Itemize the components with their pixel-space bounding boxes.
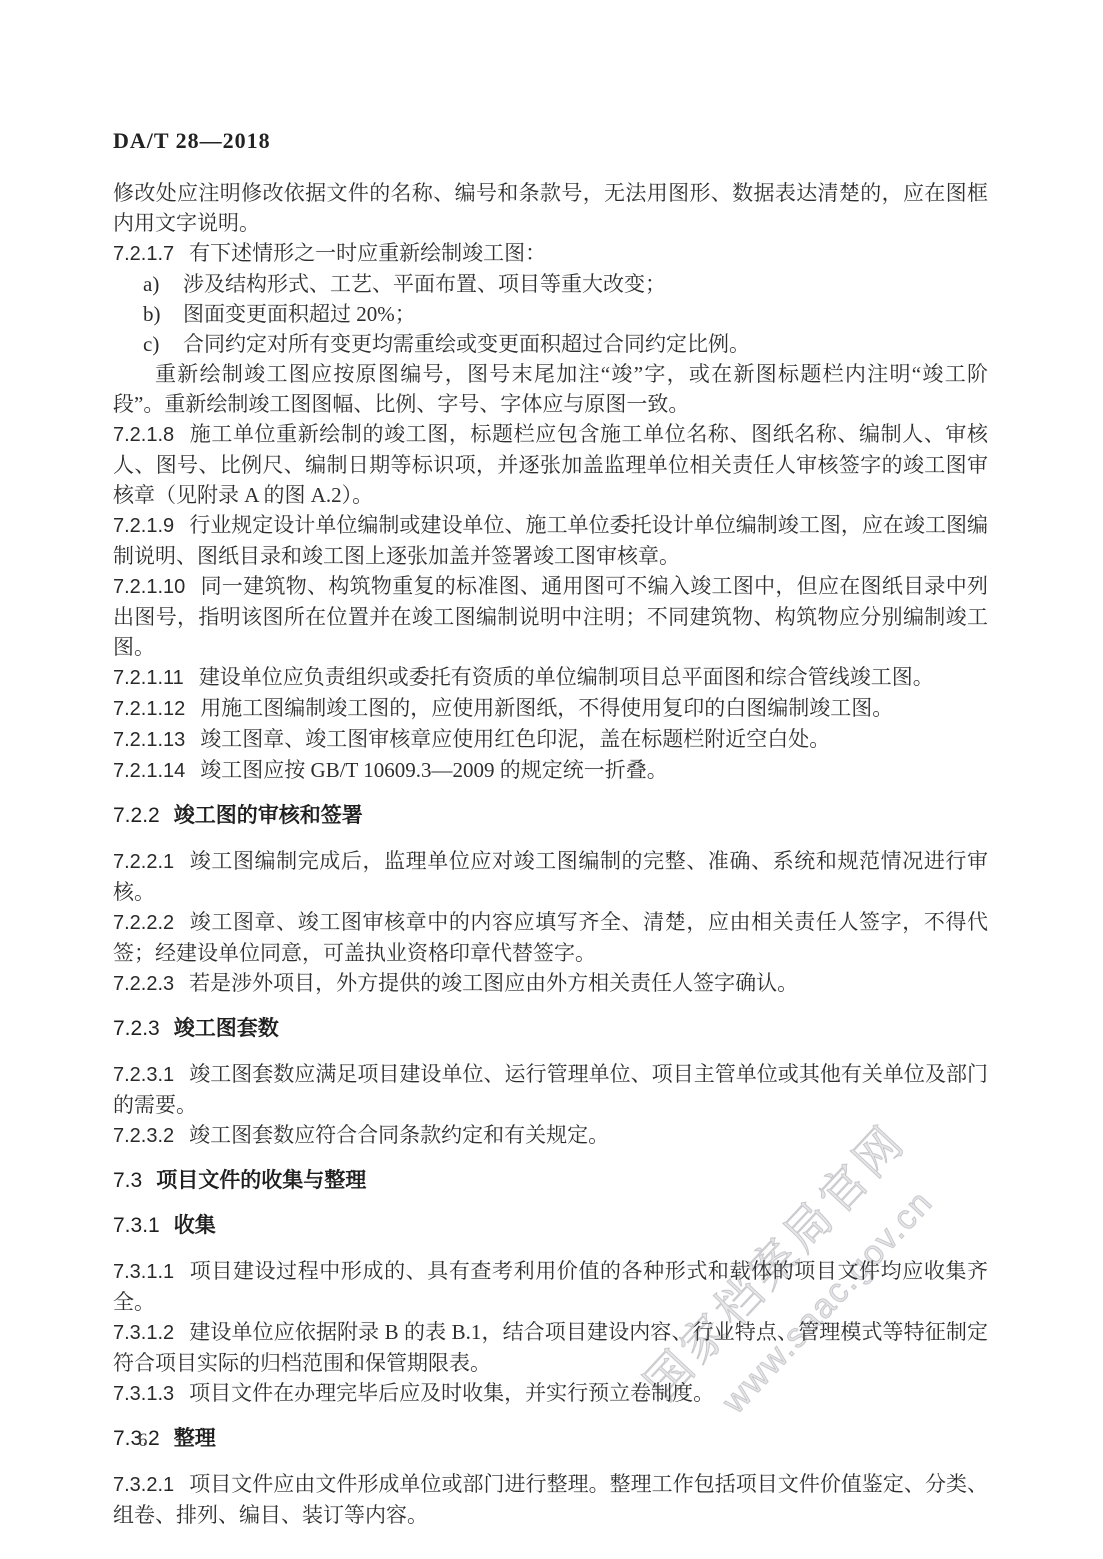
list-item-c: c)合同约定对所有变更均需重绘或变更面积超过合同约定比例。 — [113, 329, 988, 359]
heading-number: 7.2.2 — [113, 804, 160, 827]
clause-text: 项目文件在办理完毕后应及时收集，并实行预立卷制度。 — [189, 1381, 714, 1405]
section-heading-7-3-1: 7.3.1收集 — [113, 1211, 988, 1241]
page-content: DA/T 28—2018 修改处应注明修改依据文件的名称、编号和条款号，无法用图… — [0, 0, 1103, 1530]
clause-7-2-1-9: 7.2.1.9行业规定设计单位编制或建设单位、施工单位委托设计单位编制竣工图，应… — [113, 510, 988, 571]
clause-text: 竣工图套数应符合合同条款约定和有关规定。 — [189, 1123, 609, 1147]
clause-text: 若是涉外项目，外方提供的竣工图应由外方相关责任人签字确认。 — [189, 971, 798, 995]
heading-number: 7.3.1 — [113, 1214, 160, 1237]
clause-number: 7.2.1.13 — [113, 729, 185, 751]
heading-number: 7.3 — [113, 1169, 142, 1192]
list-text: 涉及结构形式、工艺、平面布置、项目等重大改变； — [183, 272, 666, 296]
clause-number: 7.2.2.1 — [113, 851, 174, 873]
clause-7-3-2-1: 7.3.2.1项目文件应由文件形成单位或部门进行整理。整理工作包括项目文件价值鉴… — [113, 1469, 988, 1530]
document-page: 国家档案局官网 www.saac.gov.cn DA/T 28—2018 修改处… — [0, 0, 1103, 1559]
clause-number: 7.2.3.1 — [113, 1064, 174, 1086]
heading-number: 7.3.2 — [113, 1427, 160, 1450]
clause-text: 用施工图编制竣工图的，应使用新图纸，不得使用复印的白图编制竣工图。 — [200, 696, 893, 720]
section-heading-7-3: 7.3项目文件的收集与整理 — [113, 1166, 988, 1196]
clause-number: 7.2.1.7 — [113, 243, 174, 265]
heading-text: 竣工图的审核和签署 — [174, 804, 363, 827]
clause-text: 建设单位应依据附录 B 的表 B.1，结合项目建设内容、行业特点、管理模式等特征… — [113, 1320, 988, 1375]
clause-7-3-1-1: 7.3.1.1项目建设过程中形成的、具有查考利用价值的各种形式和载体的项目文件均… — [113, 1256, 988, 1317]
intro-paragraph: 修改处应注明修改依据文件的名称、编号和条款号，无法用图形、数据表达清楚的，应在图… — [113, 178, 988, 238]
clause-number: 7.2.1.8 — [113, 424, 174, 446]
clause-7-3-1-3: 7.3.1.3项目文件在办理完毕后应及时收集，并实行预立卷制度。 — [113, 1378, 988, 1409]
clause-number: 7.3.1.2 — [113, 1322, 174, 1344]
clause-text: 竣工图章、竣工图审核章中的内容应填写齐全、清楚，应由相关责任人签字，不得代签；经… — [113, 910, 988, 965]
clause-text: 竣工图套数应满足项目建设单位、运行管理单位、项目主管单位或其他有关单位及部门的需… — [113, 1062, 988, 1117]
page-number: 6 — [138, 1430, 148, 1452]
clause-number: 7.3.1.3 — [113, 1383, 174, 1405]
clause-number: 7.3.2.1 — [113, 1474, 174, 1496]
clause-text: 有下述情形之一时应重新绘制竣工图： — [189, 241, 546, 265]
clause-7-3-1-2: 7.3.1.2建设单位应依据附录 B 的表 B.1，结合项目建设内容、行业特点、… — [113, 1317, 988, 1378]
heading-text: 项目文件的收集与整理 — [156, 1169, 366, 1192]
clause-text: 同一建筑物、构筑物重复的标准图、通用图可不编入竣工图中，但应在图纸目录中列出图号… — [113, 574, 988, 659]
clause-text: 项目建设过程中形成的、具有查考利用价值的各种形式和载体的项目文件均应收集齐全。 — [113, 1259, 988, 1314]
heading-text: 整理 — [174, 1427, 216, 1450]
clause-text: 建设单位应负责组织或委托有资质的单位编制项目总平面图和综合管线竣工图。 — [199, 665, 934, 689]
heading-number: 7.2.3 — [113, 1017, 160, 1040]
list-text: 合同约定对所有变更均需重绘或变更面积超过合同约定比例。 — [183, 332, 750, 356]
clause-7-2-3-1: 7.2.3.1竣工图套数应满足项目建设单位、运行管理单位、项目主管单位或其他有关… — [113, 1059, 988, 1120]
section-heading-7-2-3: 7.2.3竣工图套数 — [113, 1014, 988, 1044]
document-code: DA/T 28—2018 — [113, 128, 988, 154]
clause-text: 竣工图章、竣工图审核章应使用红色印泥，盖在标题栏附近空白处。 — [200, 727, 830, 751]
clause-7-2-1-10: 7.2.1.10同一建筑物、构筑物重复的标准图、通用图可不编入竣工图中，但应在图… — [113, 571, 988, 662]
clause-number: 7.2.2.2 — [113, 912, 174, 934]
clause-7-2-1-7: 7.2.1.7有下述情形之一时应重新绘制竣工图： — [113, 238, 988, 269]
list-marker: c) — [143, 329, 183, 359]
clause-number: 7.2.2.3 — [113, 973, 174, 995]
heading-text: 收集 — [174, 1214, 216, 1237]
clause-7-2-1-12: 7.2.1.12用施工图编制竣工图的，应使用新图纸，不得使用复印的白图编制竣工图… — [113, 693, 988, 724]
clause-number: 7.2.1.12 — [113, 698, 185, 720]
clause-7-2-1-8: 7.2.1.8施工单位重新绘制的竣工图，标题栏应包含施工单位名称、图纸名称、编制… — [113, 419, 988, 510]
heading-text: 竣工图套数 — [174, 1017, 279, 1040]
clause-7-2-3-2: 7.2.3.2竣工图套数应符合合同条款约定和有关规定。 — [113, 1120, 988, 1151]
clause-text: 竣工图编制完成后，监理单位应对竣工图编制的完整、准确、系统和规范情况进行审核。 — [113, 849, 988, 904]
clause-text: 施工单位重新绘制的竣工图，标题栏应包含施工单位名称、图纸名称、编制人、审核人、图… — [113, 422, 988, 507]
clause-7-2-1-13: 7.2.1.13竣工图章、竣工图审核章应使用红色印泥，盖在标题栏附近空白处。 — [113, 724, 988, 755]
list-marker: b) — [143, 299, 183, 329]
clause-number: 7.2.3.2 — [113, 1125, 174, 1147]
redraw-note-paragraph: 重新绘制竣工图应按原图编号，图号末尾加注“竣”字，或在新图标题栏内注明“竣工阶段… — [113, 359, 988, 419]
clause-7-2-2-3: 7.2.2.3若是涉外项目，外方提供的竣工图应由外方相关责任人签字确认。 — [113, 968, 988, 999]
list-marker: a) — [143, 269, 183, 299]
clause-7-2-2-2: 7.2.2.2竣工图章、竣工图审核章中的内容应填写齐全、清楚，应由相关责任人签字… — [113, 907, 988, 968]
clause-number: 7.2.1.11 — [113, 667, 184, 689]
clause-7-2-1-11: 7.2.1.11建设单位应负责组织或委托有资质的单位编制项目总平面图和综合管线竣… — [113, 662, 988, 693]
list-item-b: b)图面变更面积超过 20%； — [113, 299, 988, 329]
section-heading-7-2-2: 7.2.2竣工图的审核和签署 — [113, 801, 988, 831]
section-heading-7-3-2: 7.3.2整理 — [113, 1424, 988, 1454]
clause-number: 7.3.1.1 — [113, 1261, 174, 1283]
clause-number: 7.2.1.9 — [113, 515, 174, 537]
list-text: 图面变更面积超过 20%； — [183, 302, 416, 326]
clause-7-2-2-1: 7.2.2.1竣工图编制完成后，监理单位应对竣工图编制的完整、准确、系统和规范情… — [113, 846, 988, 907]
clause-7-2-1-14: 7.2.1.14竣工图应按 GB/T 10609.3—2009 的规定统一折叠。 — [113, 755, 988, 786]
clause-text: 竣工图应按 GB/T 10609.3—2009 的规定统一折叠。 — [200, 758, 667, 782]
clause-text: 行业规定设计单位编制或建设单位、施工单位委托设计单位编制竣工图，应在竣工图编制说… — [113, 513, 988, 568]
clause-number: 7.2.1.10 — [113, 576, 185, 598]
list-item-a: a)涉及结构形式、工艺、平面布置、项目等重大改变； — [113, 269, 988, 299]
clause-number: 7.2.1.14 — [113, 760, 185, 782]
clause-text: 项目文件应由文件形成单位或部门进行整理。整理工作包括项目文件价值鉴定、分类、组卷… — [113, 1472, 988, 1527]
